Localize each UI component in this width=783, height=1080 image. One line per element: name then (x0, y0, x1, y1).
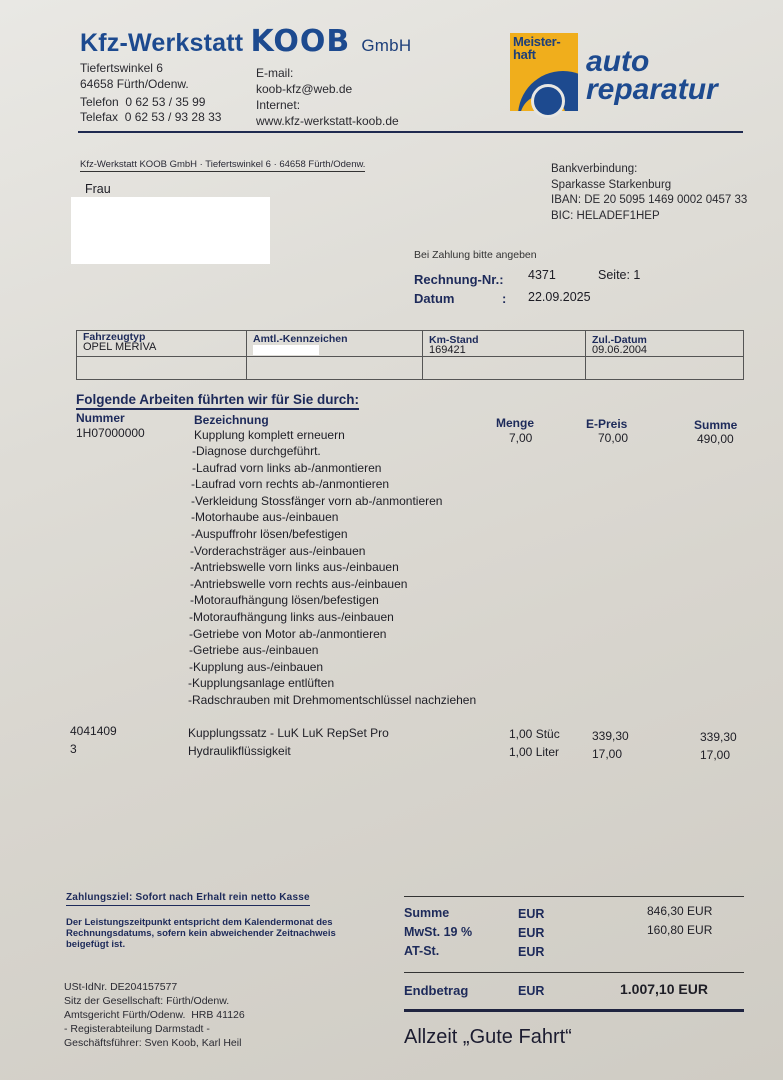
work-step: -Motoraufhängung lösen/befestigen (190, 593, 379, 607)
totals-top-divider (404, 896, 744, 897)
internet-label: Internet: (256, 97, 399, 113)
vehicle-type-cell: Fahrzeugtyp OPEL MERIVA (77, 331, 247, 357)
license-plate-redacted (253, 345, 319, 355)
work-step: -Antriebswelle vorn rechts aus-/einbauen (190, 577, 407, 591)
work-step: -Auspuffrohr lösen/befestigen (191, 527, 348, 541)
part-qty: 1,00 Stüc (509, 727, 560, 741)
part-unit-price: 17,00 (592, 747, 622, 761)
company-seat: Sitz der Gesellschaft: Fürth/Odenw. (64, 994, 245, 1008)
column-header-number: Nummer (76, 411, 125, 425)
part-number: 4041409 (70, 724, 117, 738)
work-step: -Motorhaube aus-/einbauen (191, 510, 338, 524)
company-address: Tiefertswinkel 6 64658 Fürth/Odenw. (80, 60, 189, 92)
service-note-line1: Der Leistungszeitpunkt entspricht dem Ka… (66, 917, 336, 928)
work-step: -Vorderachsträger aus-/einbauen (190, 544, 365, 558)
company-contact: E-mail: koob-kfz@web.de (256, 65, 352, 97)
company-fax: Telefax 0 62 53 / 93 28 33 (80, 110, 221, 125)
mileage-cell: Km-Stand 169421 (423, 331, 586, 357)
work-step: -Laufrad vorn rechts ab-/anmontieren (191, 477, 389, 491)
part-description: Hydraulikflüssigkeit (188, 744, 291, 758)
item-description: Kupplung komplett erneuern (194, 428, 345, 442)
item-qty: 7,00 (509, 431, 532, 445)
recipient-address-redacted (71, 197, 270, 264)
vehicle-type: OPEL MERIVA (83, 342, 240, 352)
company-city: 64658 Fürth/Odenw. (80, 76, 189, 92)
work-step: -Kupplungsanlage entlüften (188, 676, 334, 690)
grand-total-label: Endbetrag (404, 983, 468, 998)
bank-label: Bankverbindung: (551, 162, 747, 178)
email-label: E-mail: (256, 65, 352, 81)
bank-iban: IBAN: DE 20 5095 1469 0002 0457 33 (551, 193, 747, 209)
part-number: 3 (70, 742, 77, 756)
company-suffix: GmbH (361, 36, 411, 55)
vat-id: USt-IdNr. DE204157577 (64, 980, 245, 994)
header-divider (78, 131, 743, 133)
registration-date: 09.06.2004 (592, 345, 737, 355)
work-step: -Motoraufhängung links aus-/einbauen (189, 610, 394, 624)
register-department: - Registerabteilung Darmstadt - (64, 1022, 245, 1036)
logo-wordmark: auto reparatur (586, 48, 718, 104)
work-step: -Getriebe aus-/einbauen (189, 643, 318, 657)
logo-badge-text: Meister- haft (513, 35, 560, 61)
work-step: -Diagnose durchgeführt. (192, 444, 321, 458)
website-url: www.kfz-werkstatt-koob.de (256, 113, 399, 129)
vat-label: MwSt. 19 % (404, 925, 472, 939)
service-note-line3: beigefügt ist. (66, 939, 336, 950)
invoice-date: 22.09.2025 (528, 290, 591, 304)
column-header-total: Summe (694, 418, 737, 432)
bank-name: Sparkasse Starkenburg (551, 178, 747, 194)
company-name-koob: KOOB (250, 24, 350, 59)
vat-value: 160,80 EUR (647, 923, 712, 937)
invoice-date-colon: : (502, 291, 506, 306)
logo-line1: auto (586, 48, 718, 76)
company-web: Internet: www.kfz-werkstatt-koob.de (256, 97, 399, 129)
invoice-number-label: Rechnung-Nr.: (414, 272, 504, 287)
work-step: -Kupplung aus-/einbauen (189, 660, 323, 674)
company-name: Kfz-Werkstatt KOOB GmbH (80, 24, 411, 59)
work-section-heading: Folgende Arbeiten führten wir für Sie du… (76, 392, 359, 410)
part-unit-price: 339,30 (592, 729, 629, 743)
part-total: 339,30 (700, 730, 737, 744)
payment-reference-note: Bei Zahlung bitte angeben (414, 249, 537, 261)
part-description: Kupplungssatz - LuK LuK RepSet Pro (188, 726, 389, 740)
logo-line2: reparatur (586, 76, 718, 104)
service-note-line2: Rechnungsdatums, sofern kein abweichende… (66, 928, 336, 939)
payment-terms-title: Zahlungsziel: Sofort nach Erhalt rein ne… (66, 892, 310, 906)
totals-mid-divider (404, 972, 744, 973)
bank-details: Bankverbindung: Sparkasse Starkenburg IB… (551, 162, 747, 224)
part-qty: 1,00 Liter (509, 745, 559, 759)
part-total: 17,00 (700, 748, 730, 762)
subtotal-label: Summe (404, 906, 449, 920)
at-tax-currency: EUR (518, 945, 544, 959)
item-total: 490,00 (697, 432, 734, 446)
company-name-part1: Kfz-Werkstatt (80, 29, 243, 57)
company-phones: Telefon 0 62 53 / 35 99 Telefax 0 62 53 … (80, 95, 221, 125)
work-step: -Antriebswelle vorn links aus-/einbauen (190, 560, 399, 574)
item-number: 1H07000000 (76, 426, 145, 440)
work-step: -Verkleidung Stossfänger vorn ab-/anmont… (191, 494, 442, 508)
recipient-salutation: Frau (85, 182, 111, 196)
wheel-icon (531, 84, 565, 118)
vehicle-info-table: Fahrzeugtyp OPEL MERIVA Amtl.-Kennzeiche… (76, 330, 744, 380)
at-tax-label: AT-St. (404, 944, 439, 958)
sender-return-line: Kfz-Werkstatt KOOB GmbH · Tiefertswinkel… (80, 159, 365, 172)
item-unit-price: 70,00 (598, 431, 628, 445)
managing-directors: Geschäftsführer: Sven Koob, Karl Heil (64, 1036, 245, 1050)
subtotal-value: 846,30 EUR (647, 904, 712, 918)
work-step: -Radschrauben mit Drehmomentschlüssel na… (188, 693, 476, 707)
slogan: Allzeit „Gute Fahrt“ (404, 1026, 572, 1049)
grand-total-value: 1.007,10 EUR (620, 981, 708, 997)
license-plate-cell: Amtl.-Kennzeichen (247, 331, 423, 357)
bank-bic: BIC: HELADEF1HEP (551, 209, 747, 225)
invoice-date-label: Datum (414, 291, 454, 306)
mileage-value: 169421 (429, 345, 579, 355)
register-court: Amtsgericht Fürth/Odenw. HRB 41126 (64, 1008, 245, 1022)
vat-currency: EUR (518, 926, 544, 940)
email-address: koob-kfz@web.de (256, 81, 352, 97)
page-number: Seite: 1 (598, 268, 640, 282)
service-date-note: Der Leistungszeitpunkt entspricht dem Ka… (66, 917, 336, 950)
company-phone: Telefon 0 62 53 / 35 99 (80, 95, 221, 110)
invoice-number: 4371 (528, 268, 556, 282)
column-header-description: Bezeichnung (194, 413, 269, 427)
license-plate-label: Amtl.-Kennzeichen (253, 334, 416, 344)
grand-total-currency: EUR (518, 984, 544, 998)
work-step: -Getriebe von Motor ab-/anmontieren (189, 627, 386, 641)
registration-date-cell: Zul.-Datum 09.06.2004 (586, 331, 744, 357)
work-step: -Laufrad vorn links ab-/anmontieren (192, 461, 381, 475)
legal-info: USt-IdNr. DE204157577 Sitz der Gesellsch… (64, 980, 245, 1050)
column-header-unit-price: E-Preis (586, 417, 627, 431)
company-street: Tiefertswinkel 6 (80, 60, 189, 76)
subtotal-currency: EUR (518, 907, 544, 921)
totals-bottom-divider (404, 1009, 744, 1012)
column-header-qty: Menge (496, 416, 534, 430)
